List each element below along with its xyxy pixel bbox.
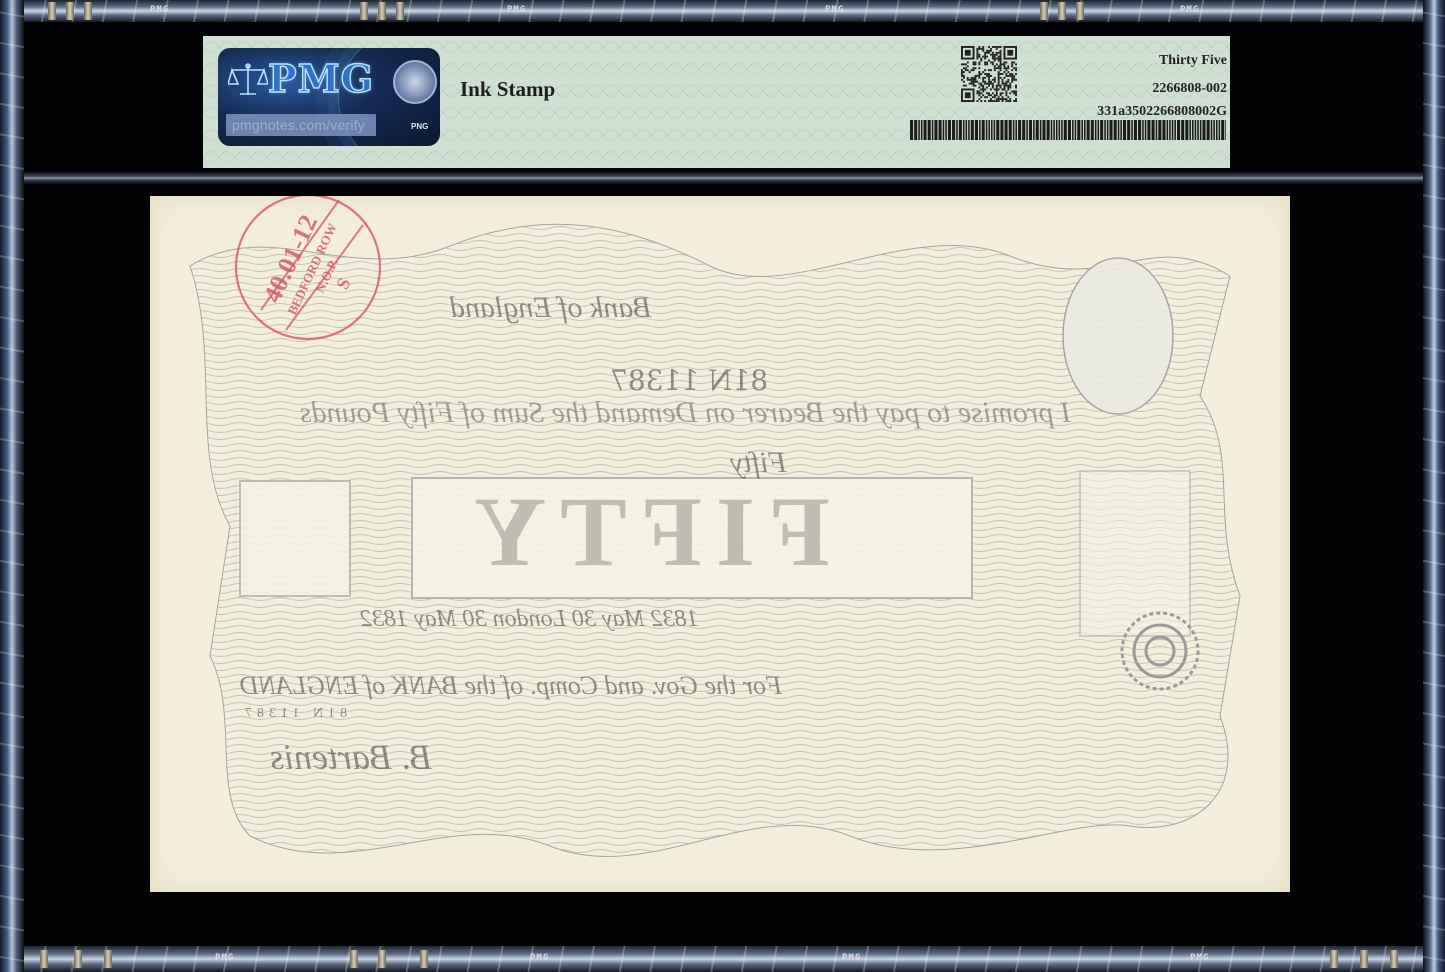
frame-emboss-mark: PMG — [530, 953, 549, 963]
barcode-code: 331a3502266808002G — [1097, 104, 1227, 120]
pmg-logo: PMG — [268, 56, 374, 101]
pmg-grading-label: PMG pmgnotes.com/verify PNG Ink Stamp Th… — [203, 36, 1230, 168]
cert-number: 2266808-002 — [1152, 81, 1227, 97]
pmg-holder: PMG PMG PMG PMG PMG PMG PMG PMG — [0, 0, 1445, 972]
png-mark: PNG — [411, 122, 428, 131]
holder-frame-left — [0, 0, 24, 972]
frame-emboss-mark: PMG — [842, 953, 861, 963]
signature-mirror: B. Bartenis — [270, 736, 432, 778]
holder-divider-rail — [24, 172, 1423, 184]
ink-stamp-circle: 40.01-12 BEDFORD ROW N.O.P. S — [231, 196, 385, 344]
frame-emboss-mark: PMG — [507, 5, 526, 15]
holder-frame-right — [1423, 0, 1445, 972]
fifty-script-mirror: Fifty — [730, 446, 787, 480]
verify-url: pmgnotes.com/verify — [232, 117, 365, 133]
frame-emboss-mark: PMG — [1190, 953, 1209, 963]
pmg-seal-icon — [393, 60, 437, 104]
issuer-mirror-text: Bank of England — [450, 291, 652, 325]
holder-frame-top — [0, 0, 1445, 22]
for-bank-mirror-text: For the Gov. and Comp. of the BANK of EN… — [240, 671, 782, 701]
grade-text: Thirty Five — [1159, 53, 1227, 69]
frame-emboss-mark: PMG — [150, 5, 169, 15]
denomination-mirror-text: FIFTY — [460, 474, 830, 589]
serial-number-mirror: 81N 11387 — [610, 364, 768, 397]
serial-small-mirror: 81N 11387 — [240, 706, 347, 722]
qr-code-icon — [960, 46, 1018, 102]
frame-emboss-mark: PMG — [1180, 5, 1199, 15]
ink-stamp: 40.01-12 BEDFORD ROW N.O.P. S — [231, 196, 385, 344]
promise-mirror-text: I promise to pay the Bearer on Demand th… — [300, 396, 1071, 430]
stamp-code: S — [332, 275, 354, 293]
frame-emboss-mark: PMG — [825, 5, 844, 15]
label-comment: Ink Stamp — [460, 77, 555, 102]
scales-of-justice-icon — [228, 62, 268, 98]
banknote: Bank of England FIFTY 81N 11387 I promis… — [150, 196, 1290, 892]
pmg-hologram: PMG pmgnotes.com/verify PNG — [218, 48, 440, 146]
frame-emboss-mark: PMG — [215, 953, 234, 963]
barcode — [910, 120, 1226, 140]
date-mirror-text: 1832 May 30 London 30 May 1832 — [360, 606, 699, 633]
